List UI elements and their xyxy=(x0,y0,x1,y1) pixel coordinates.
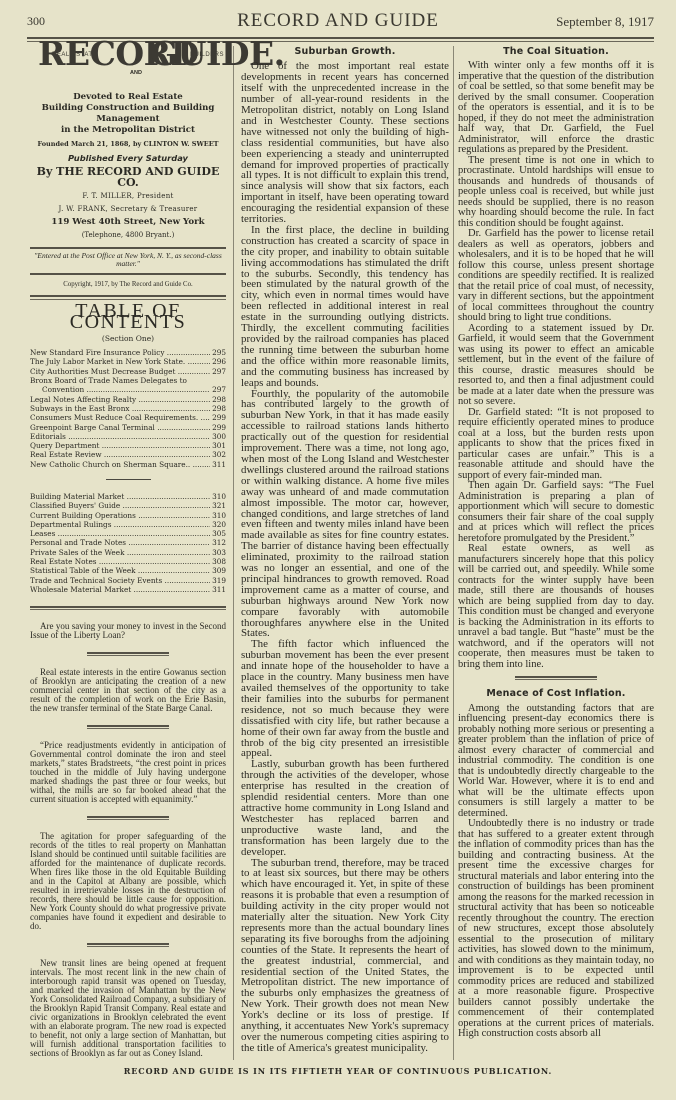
toc-entry[interactable]: The July Labor Market in New York State.… xyxy=(30,357,226,366)
article-paragraph: Among the outstanding factors that are i… xyxy=(458,704,654,820)
article-paragraph: Lastly, suburban growth has been further… xyxy=(241,759,449,857)
publisher-line: By THE RECORD AND GUIDE CO. xyxy=(30,166,226,189)
toc-section: (Section One) xyxy=(30,333,226,344)
devoted-statement: Devoted to Real Estate Building Construc… xyxy=(30,92,226,136)
liberty-loan-note: Are you saving your money to invest in t… xyxy=(30,622,226,640)
article-paragraph: Then again Dr. Garfield says: “The Fuel … xyxy=(458,481,654,544)
devoted-line: Building Construction and Building Manag… xyxy=(30,103,226,125)
toc-separator xyxy=(106,479,151,480)
masthead-logo: REAL ESTATE BUILDERS RECORD AND GUIDE. xyxy=(30,46,226,90)
toc-departments: Building Material Market310 Classified B… xyxy=(30,492,226,594)
toc-entry[interactable]: Building Material Market310 xyxy=(30,492,226,501)
toc-entry[interactable]: Personal and Trade Notes312 xyxy=(30,538,226,547)
toc-entry[interactable]: Departmental Rulings320 xyxy=(30,520,226,529)
divider xyxy=(30,247,226,249)
divider xyxy=(87,725,169,729)
issue-date: September 8, 1917 xyxy=(556,14,654,30)
article-heading: The Coal Situation. xyxy=(458,46,654,57)
toc-entry[interactable]: Real Estate Review302 xyxy=(30,450,226,459)
article-paragraph: In the first place, the decline in build… xyxy=(241,225,449,389)
article-paragraph: Real estate owners, as well as manufactu… xyxy=(458,544,654,670)
suburban-growth-article: Suburban Growth. One of the most importa… xyxy=(241,46,449,1054)
records-safeguarding-note: The agitation for proper safeguarding of… xyxy=(30,832,226,931)
article-heading: Menace of Cost Inflation. xyxy=(458,688,654,699)
article-paragraph: The fifth factor which influenced the su… xyxy=(241,639,449,759)
article-paragraph: Dr. Garfield has the power to license re… xyxy=(458,229,654,324)
devoted-line: Devoted to Real Estate xyxy=(30,92,226,103)
toc-entry[interactable]: New Catholic Church on Sherman Square..3… xyxy=(30,460,226,469)
founded-line: Founded March 21, 1868, by CLINTON W. SW… xyxy=(30,139,226,150)
toc-entry[interactable]: Bronx Board of Trade Names Delegates to … xyxy=(30,376,226,395)
toc-entry[interactable]: Real Estate Notes308 xyxy=(30,557,226,566)
right-column: The Coal Situation. With winter only a f… xyxy=(458,46,654,1040)
divider xyxy=(30,295,226,297)
article-paragraph: The suburban trend, therefore, may be tr… xyxy=(241,858,449,1054)
toc-entry[interactable]: Consumers Must Reduce Coal Requirements.… xyxy=(30,413,226,422)
toc-entry[interactable]: Current Building Operations310 xyxy=(30,511,226,520)
article-paragraph: Acording to a statement issued by Dr. Ga… xyxy=(458,324,654,408)
toc-entry[interactable]: Editorials300 xyxy=(30,432,226,441)
gowanus-note: Real estate interests in the entire Gowa… xyxy=(30,668,226,713)
column-divider xyxy=(233,46,234,1060)
toc-entry[interactable]: Query Department301 xyxy=(30,441,226,450)
toc-title: TABLE OF CONTENTS xyxy=(30,306,226,329)
toc-entry[interactable]: Leases305 xyxy=(30,529,226,538)
officer-president: F. T. MILLER, President xyxy=(30,191,226,202)
divider xyxy=(87,943,169,947)
toc-entry[interactable]: Private Sales of the Week303 xyxy=(30,548,226,557)
telephone: (Telephone, 4800 Bryant.) xyxy=(30,230,226,241)
toc-entry[interactable]: Wholesale Material Market311 xyxy=(30,585,226,594)
toc-entry[interactable]: Subways in the East Bronx298 xyxy=(30,404,226,413)
left-column: REAL ESTATE BUILDERS RECORD AND GUIDE. D… xyxy=(30,46,226,1058)
article-heading: Suburban Growth. xyxy=(241,46,449,57)
toc-entry[interactable]: Classified Buyers' Guide321 xyxy=(30,501,226,510)
toc-entry[interactable]: Greenpoint Barge Canal Terminal299 xyxy=(30,423,226,432)
devoted-line: in the Metropolitan District xyxy=(30,125,226,136)
divider xyxy=(87,652,169,656)
postal-notice: "Entered at the Post Office at New York,… xyxy=(34,252,222,268)
price-readjustment-note: “Price readjustments evidently in antici… xyxy=(30,741,226,804)
toc-entry[interactable]: Trade and Technical Society Events319 xyxy=(30,576,226,585)
divider xyxy=(30,273,226,275)
page-header: 300 RECORD AND GUIDE September 8, 1917 xyxy=(0,0,676,36)
toc-entry[interactable]: Statistical Table of the Week309 xyxy=(30,566,226,575)
article-paragraph: Undoubtedly there is no industry or trad… xyxy=(458,819,654,1040)
toc-entry[interactable]: Legal Notes Affecting Realty298 xyxy=(30,395,226,404)
divider xyxy=(30,606,226,610)
officer-secretary: J. W. FRANK, Secretary & Treasurer xyxy=(30,204,226,215)
article-paragraph: With winter only a few months off it is … xyxy=(458,61,654,156)
transit-lines-note: New transit lines are being opened at fr… xyxy=(30,959,226,1058)
copyright: Copyright, 1917, by The Record and Guide… xyxy=(30,279,226,290)
footer-banner: RECORD AND GUIDE IS IN ITS FIFTIETH YEAR… xyxy=(0,1066,676,1076)
column-divider xyxy=(453,46,454,1060)
divider xyxy=(87,816,169,820)
divider xyxy=(515,676,597,680)
article-paragraph: Dr. Garfield stated: “It is not proposed… xyxy=(458,408,654,482)
article-paragraph: The present time is not one in which to … xyxy=(458,156,654,230)
toc-entry[interactable]: City Authorities Must Decrease Budget297 xyxy=(30,367,226,376)
published-line: Published Every Saturday xyxy=(30,153,226,164)
toc-entry[interactable]: New Standard Fire Insurance Policy295 xyxy=(30,348,226,357)
article-paragraph: Fourthly, the popularity of the automobi… xyxy=(241,389,449,640)
masthead-and: AND xyxy=(130,68,142,79)
toc-section-one: New Standard Fire Insurance Policy295 Th… xyxy=(30,348,226,469)
address: 119 West 40th Street, New York xyxy=(30,217,226,228)
article-paragraph: One of the most important real estate de… xyxy=(241,61,449,225)
